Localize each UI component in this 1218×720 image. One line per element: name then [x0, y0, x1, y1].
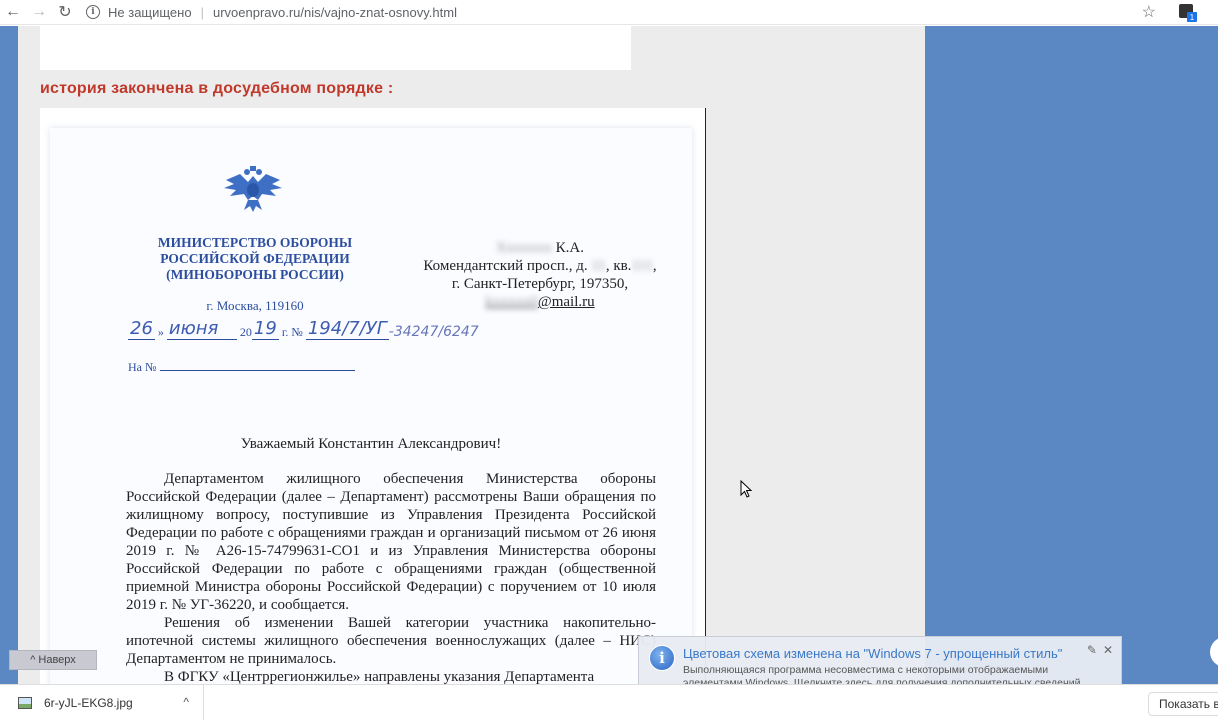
page-viewport: история закончена в досудебном порядке :… — [0, 26, 1218, 684]
info-icon: i — [649, 645, 675, 671]
close-icon[interactable]: ✕ — [1103, 643, 1113, 657]
previous-image-bottom — [40, 26, 631, 70]
security-label[interactable]: Не защищено — [108, 5, 192, 20]
letter-paragraph: Департаментом жилищного обеспечения Мини… — [126, 470, 656, 614]
forward-button[interactable]: → — [26, 0, 52, 24]
reload-icon: ↻ — [58, 2, 71, 22]
content-column: история закончена в досудебном порядке :… — [18, 26, 925, 684]
image-file-icon — [18, 697, 32, 709]
letter-date-number: 26 » июня 20 19 г. № 194/7/УГ -34247/624… — [128, 318, 479, 340]
downloads-bar: 6r-yJL-EKG8.jpg ^ Показать все — [0, 684, 1218, 720]
address-bar[interactable]: i Не защищено | urvoenpravo.ru/nis/vajno… — [86, 0, 457, 24]
bookmark-star-icon[interactable]: ☆ — [1142, 2, 1156, 22]
recipient-address: Ххххххх К.А. Комендантский просп., д. 11… — [395, 239, 685, 311]
separator: | — [201, 5, 204, 20]
notification-title: Цветовая схема изменена на "Windows 7 - … — [683, 646, 1062, 661]
left-background — [0, 26, 18, 684]
back-icon: ← — [5, 3, 21, 21]
forward-icon: → — [31, 3, 47, 21]
letter-document: МИНИСТЕРСТВО ОБОРОНЫ РОССИЙСКОЙ ФЕДЕРАЦИ… — [50, 128, 692, 684]
extension-button[interactable]: 1 — [1178, 3, 1196, 21]
section-heading: история закончена в досудебном порядке : — [40, 80, 393, 98]
browser-toolbar: ← → ↻ i Не защищено | urvoenpravo.ru/nis… — [0, 0, 1218, 25]
ministry-header: МИНИСТЕРСТВО ОБОРОНЫ РОССИЙСКОЙ ФЕДЕРАЦИ… — [145, 235, 365, 283]
letter-paragraph: Решения об изменении Вашей категории уча… — [126, 614, 656, 668]
letter-image[interactable]: МИНИСТЕРСТВО ОБОРОНЫ РОССИЙСКОЙ ФЕДЕРАЦИ… — [40, 108, 706, 684]
recipient-name-redacted: Ххххххх — [496, 240, 552, 256]
back-button[interactable]: ← — [0, 0, 26, 24]
download-item[interactable]: 6r-yJL-EKG8.jpg ^ — [0, 685, 204, 720]
extension-badge: 1 — [1187, 12, 1197, 22]
notification-options-icon[interactable]: ✎ — [1087, 643, 1097, 657]
letter-greeting: Уважаемый Константин Александрович! — [50, 436, 692, 453]
info-icon[interactable]: i — [86, 5, 100, 19]
email-redacted: kxxxxx0 — [485, 294, 538, 310]
double-headed-eagle-emblem-icon — [220, 166, 286, 214]
back-to-top-button[interactable]: ^ Наверх — [9, 650, 97, 670]
download-file-name[interactable]: 6r-yJL-EKG8.jpg — [44, 696, 133, 710]
show-all-downloads-button[interactable]: Показать все — [1148, 692, 1218, 716]
reference-field: На № — [128, 360, 355, 375]
chevron-up-icon[interactable]: ^ — [183, 695, 189, 709]
url-text[interactable]: urvoenpravo.ru/nis/vajno-znat-osnovy.htm… — [213, 5, 457, 20]
reload-button[interactable]: ↻ — [52, 0, 78, 24]
ministry-city: г. Москва, 119160 — [145, 298, 365, 314]
mouse-cursor-icon — [740, 480, 752, 498]
letter-body: Департаментом жилищного обеспечения Мини… — [126, 470, 656, 684]
letter-paragraph: В ФГКУ «Центррегионжилье» направлены ука… — [126, 668, 656, 684]
